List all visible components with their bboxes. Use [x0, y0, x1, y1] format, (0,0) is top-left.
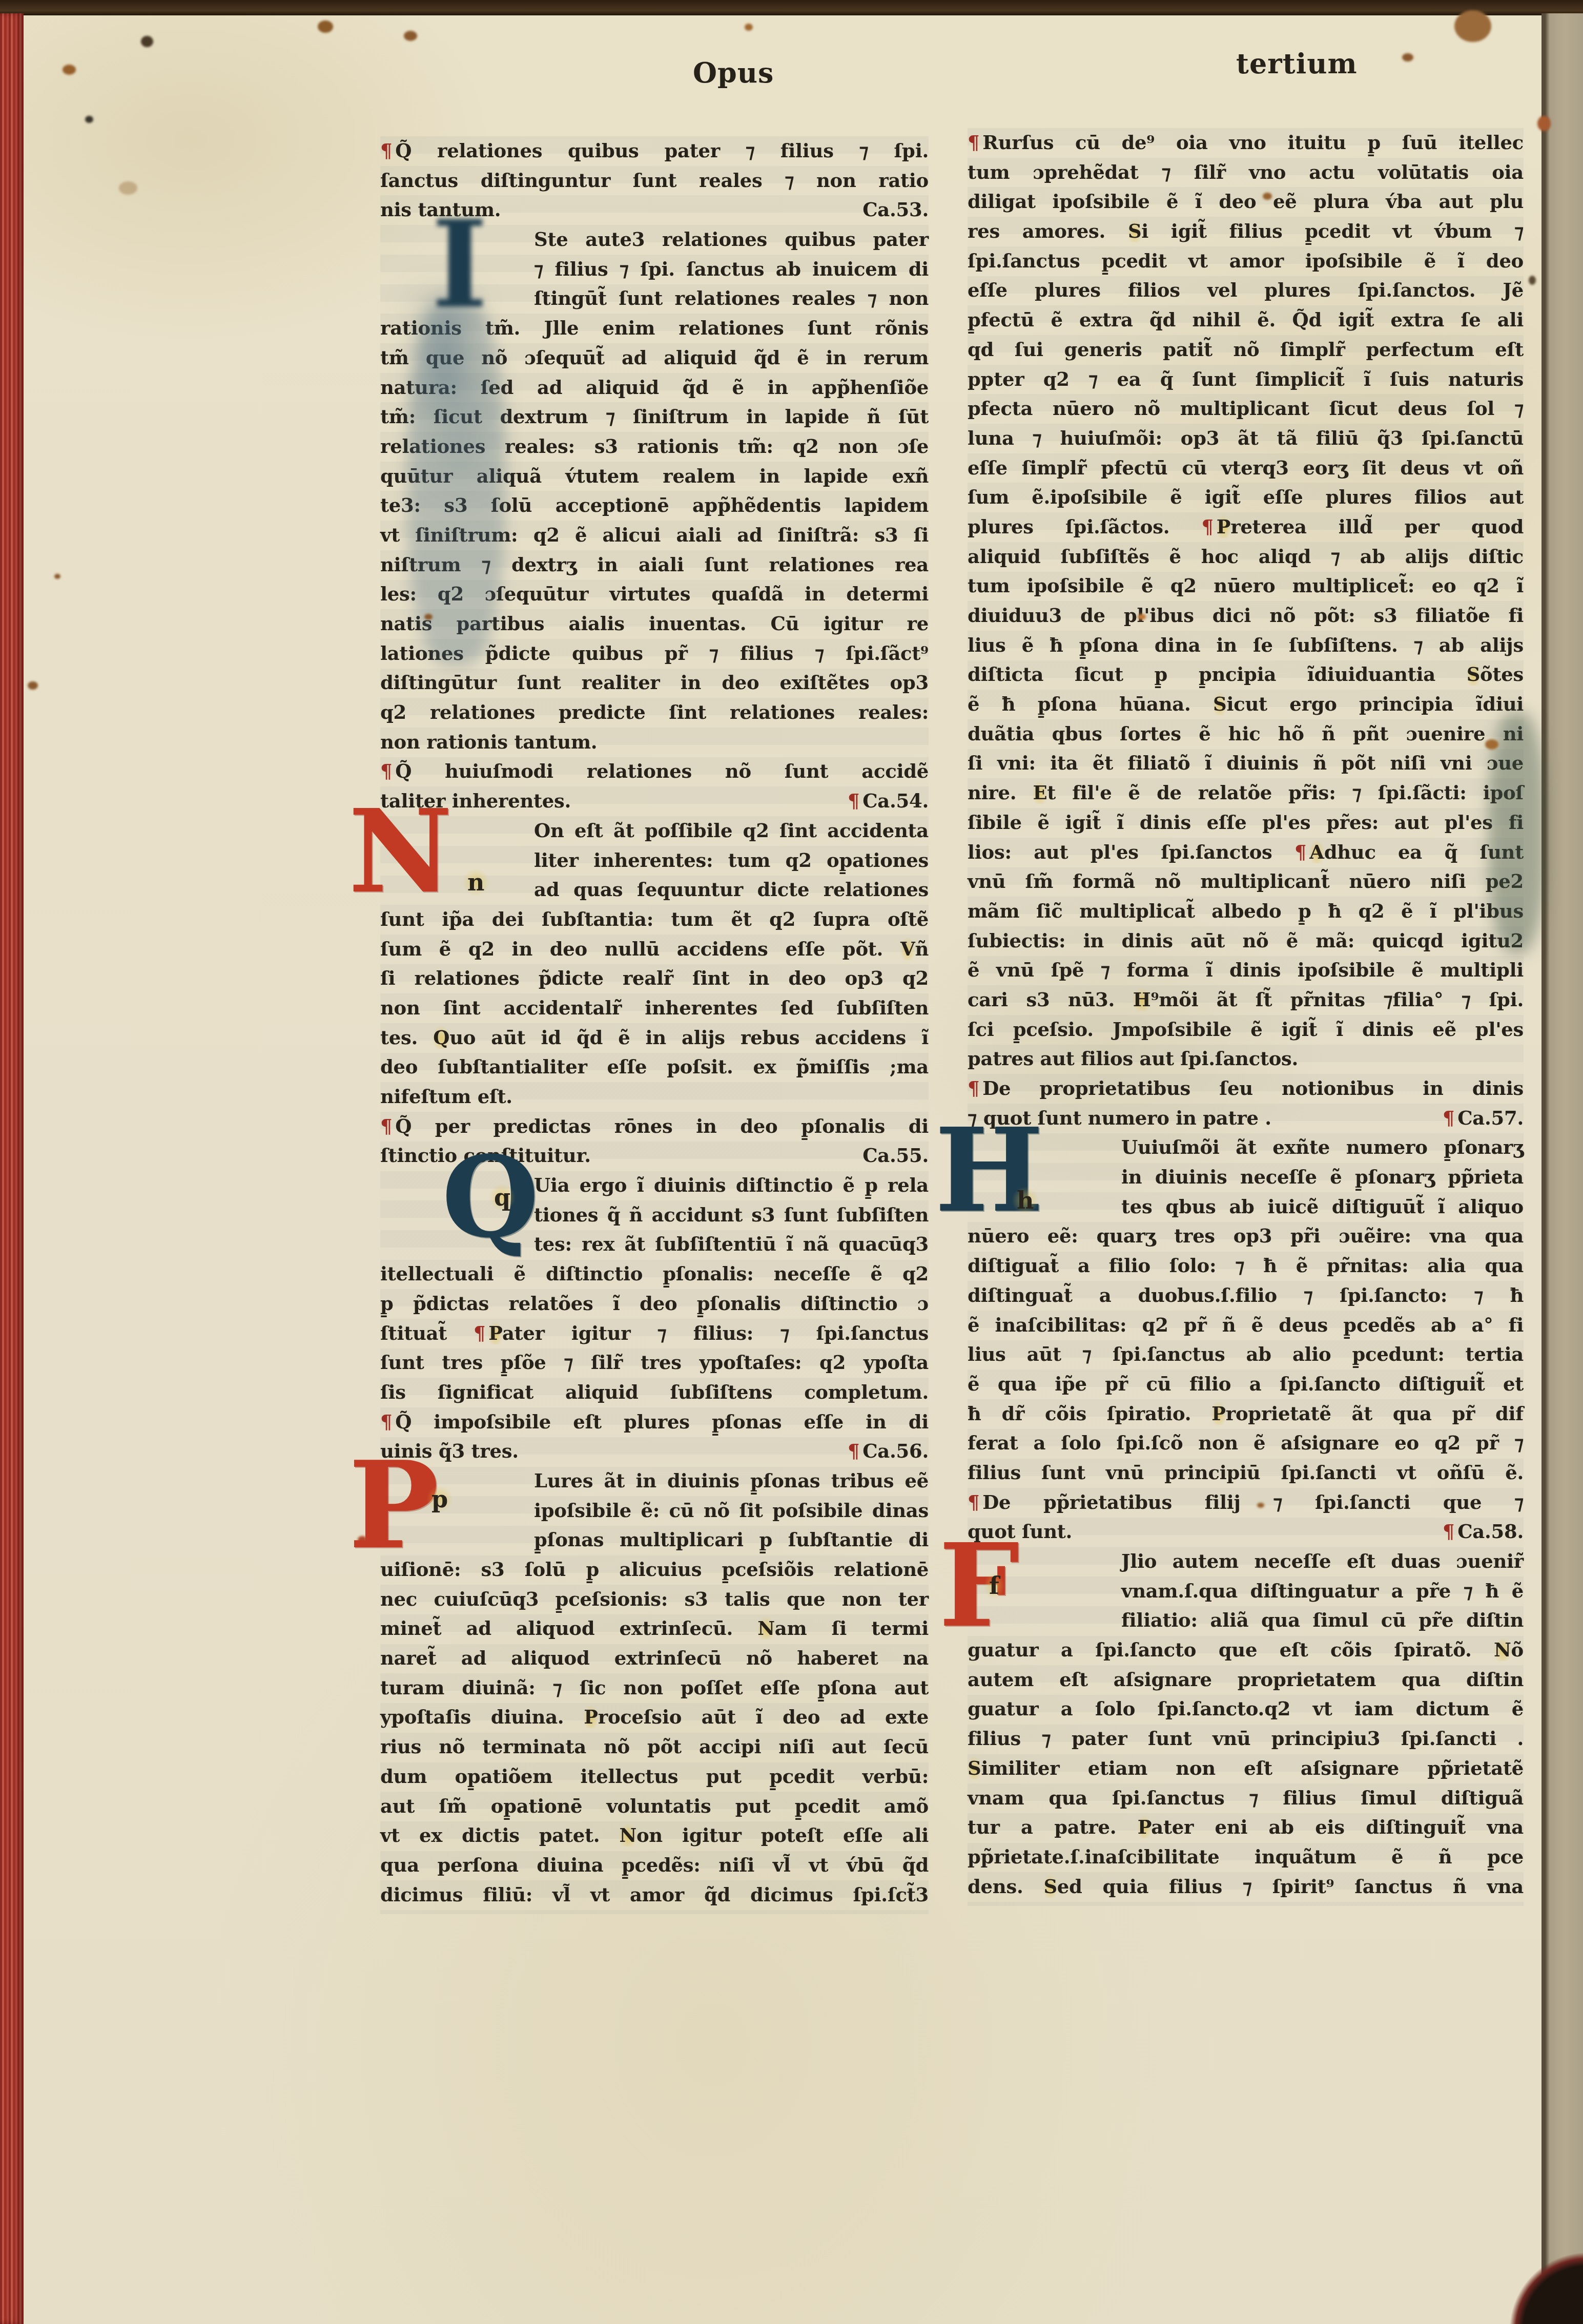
yellow-highlighted-letter: V	[900, 938, 915, 960]
text-line: ¶Q̃ impoſsibile eſt plures p̱ſonas eſſe …	[380, 1407, 929, 1437]
foxing-spot	[1454, 10, 1491, 42]
text-line: ¶De proprietatibus ſeu notionibus in din…	[968, 1074, 1524, 1104]
yellow-highlighted-letter: H	[1133, 988, 1151, 1011]
text-line: tes qbus ab iuicẽ diſtiguūt̃ ĩ aliquo	[968, 1192, 1524, 1222]
text-line: On eſt ãt poſſibile q2 ſint accidenta	[380, 816, 929, 846]
incunabulum-page-scan: Opus tertium ¶Q̃ relationes quibus pater…	[0, 0, 1583, 2324]
text-line: ⁊ quot ſunt numero in patre .¶Ca.57.	[968, 1104, 1524, 1133]
pilcrow-mark: ¶	[1443, 1520, 1457, 1543]
text-line: ſtituat̃ ¶Pater igitur ⁊ filius: ⁊ ſpi.ſ…	[380, 1319, 929, 1348]
text-line: aut ſm̃ op̱ationē voluntatis put p̱cedit…	[380, 1792, 929, 1821]
text-line: filiatio: aliã qua ſimul cū pr̃e diſtin	[968, 1606, 1524, 1635]
foxing-spot	[1529, 276, 1536, 285]
text-line: turam diuinã: ⁊ ſic non poſſet eſſe p̱ſo…	[380, 1673, 929, 1703]
text-line: nec cuiuſcūq3 p̱ceſsionis: s3 talis que …	[380, 1585, 929, 1614]
text-line: lios: aut pl'es ſpi.ſanctos ¶Adhuc ea q̃…	[968, 838, 1524, 867]
text-line: cari s3 nū3. H⁹mõi ãt ſt̃ pr̃nitas ⁊fili…	[968, 985, 1524, 1015]
text-line: res amores. Si igit̃ filius p̱cedit vt v…	[968, 217, 1524, 246]
text-line: quot ſunt.¶Ca.58.	[968, 1517, 1524, 1547]
yellow-highlighted-letter: E	[1033, 781, 1047, 804]
pilcrow-mark: ¶	[380, 139, 395, 162]
text-line: dum op̱atiõem itellectus put p̱cedit ver…	[380, 1762, 929, 1792]
text-line: dicimus filiū: vl̃ vt amor q̃d dicimus ſ…	[380, 1880, 929, 1910]
text-line: ¶De pp̃rietatibus filij ⁊ ſpi.ſancti que…	[968, 1488, 1524, 1518]
foxing-spot	[1263, 193, 1272, 200]
scan-background-top	[0, 0, 1583, 15]
chapter-number: ¶Ca.54.	[848, 786, 929, 816]
text-line: tur a patre. Pater eni ab eis diſtinguit…	[968, 1813, 1524, 1842]
text-line: p̱ſonas multiplicari p̱ ſubſtantie di	[380, 1525, 929, 1555]
running-header-right: tertium	[1236, 47, 1358, 80]
text-column-right: ¶Rurſus cū de⁹ oia vno ituitu p̱ ſuū ite…	[968, 128, 1524, 1901]
ink-smudge-green	[1489, 712, 1545, 953]
text-line: ſis ſignificat aliquid ſubſiſtens comple…	[380, 1378, 929, 1407]
foxing-spot	[1485, 739, 1498, 750]
text-line: p̱fectū ẽ extra q̃d nihil ẽ. Q̃d igit̃ e…	[968, 305, 1524, 335]
text-line: ſunt ip̃a dei ſubſtantia: tum ẽt q2 ſupr…	[380, 905, 929, 935]
text-line: naret̃ ad aliquod extrinſecū nõ haberet …	[380, 1644, 929, 1673]
text-line: Jlio autem neceſſe eſt duas ɔuenir̃	[968, 1547, 1524, 1576]
text-line: tum ɔprehẽdat ⁊ ſilr̃ vno actu volūtatis…	[968, 158, 1524, 188]
text-line: autem eſt aſsignare proprietatem qua diſ…	[968, 1665, 1524, 1695]
text-line: uiſionē: s3 ſolū p̱ alicuius p̱ceſsiõis …	[380, 1555, 929, 1585]
text-line: Uuiuſmõi ãt exñte numero p̱ſonarʒ	[968, 1133, 1524, 1163]
text-line: nire. Et fil'e ẽ de relatõe pr̃is: ⁊ ſpi…	[968, 778, 1524, 808]
text-line: non rationis tantum.	[380, 728, 929, 757]
text-line: vnam.ſ.qua diſtinguatur a pr̃e ⁊ ħ ẽ	[968, 1576, 1524, 1606]
text-line: mãm ſic̃ multiplicat̃ albedo p̱ ħ q2 ẽ ĩ…	[968, 897, 1524, 926]
pilcrow-mark: ¶	[474, 1322, 488, 1344]
ink-smudge-blue	[407, 297, 505, 666]
text-line: minet̃ ad aliquod extrinſecū. Nam ſi ter…	[380, 1614, 929, 1644]
yellow-highlighted-letter: N	[1494, 1638, 1511, 1661]
foxing-spot	[119, 181, 137, 195]
text-line: tes. Quo aūt id q̃d ẽ in alijs rebus acc…	[380, 1023, 929, 1053]
text-line: q2 relationes predicte ſint relationes r…	[380, 698, 929, 728]
text-line: Lures ãt in diuinis p̱ſonas tribus eẽ	[380, 1466, 929, 1496]
text-line: vnū ſm̃ formã nõ multiplicant̃ nūero niſ…	[968, 867, 1524, 897]
pilcrow-mark: ¶	[968, 1491, 982, 1513]
text-line: luna ⁊ huiuſmõi: op3 ãt tã filiū q̃3 ſpi…	[968, 424, 1524, 453]
text-line: ſpi.ſanctus p̱cedit vt amor ipoſsibile ẽ…	[968, 246, 1524, 276]
yellow-highlighted-letter: P	[1211, 1402, 1226, 1425]
text-line: non ſint accidentalr̃ inherentes ſed ſub…	[380, 993, 929, 1023]
illuminated-initial-Q: Qq	[442, 1154, 539, 1241]
pilcrow-mark: ¶	[380, 1410, 395, 1433]
fore-edge-band-right	[1541, 13, 1583, 2324]
text-line: ẽ ħ p̱ſona hūana. Sicut ergo principia ĩ…	[968, 690, 1524, 719]
foxing-spot	[745, 24, 753, 31]
text-line: rius nõ terminata nõ põt accipi niſi aut…	[380, 1732, 929, 1762]
page-edge-left-red	[0, 13, 24, 2324]
text-line: diſtiguat̃ a filio ſolo: ⁊ ħ ẽ pr̃nitas:…	[968, 1251, 1524, 1281]
pilcrow-mark: ¶	[848, 790, 862, 812]
text-line: diſticta ſicut p̱ p̱ncipia ĩdiuiduantia …	[968, 660, 1524, 690]
pilcrow-mark: ¶	[968, 1077, 982, 1099]
foxing-spot	[85, 116, 93, 123]
text-line: ſunt tres p̱ſõe ⁊ ſilr̃ tres ypoſtaſes: …	[380, 1348, 929, 1378]
yellow-highlighted-letter: P	[488, 1322, 502, 1344]
running-header-left: Opus	[693, 56, 774, 89]
illuminated-initial-F: Ff	[939, 1542, 1020, 1631]
guide-letter: p	[426, 1485, 453, 1513]
text-line: guatur a ſolo ſpi.ſancto.q2 vt iam dictu…	[968, 1694, 1524, 1724]
text-line: ¶Rurſus cū de⁹ oia vno ituitu p̱ ſuū ite…	[968, 128, 1524, 158]
text-line: nifeſtum eſt.	[380, 1082, 929, 1112]
text-line: lius aūt ⁊ ſpi.ſanctus ab alio p̱cedunt:…	[968, 1340, 1524, 1370]
foxing-spot	[1402, 53, 1413, 61]
foxing-spot	[141, 36, 153, 47]
pilcrow-mark: ¶	[968, 131, 982, 154]
foxing-spot	[1257, 1503, 1264, 1508]
illuminated-initial-P: Pp	[348, 1459, 439, 1552]
foxing-spot	[1537, 116, 1551, 131]
text-line: pfecta nūero nõ multiplicant ſicut deus …	[968, 394, 1524, 424]
text-line: eſſe plures filios vel plures ſpi.ſancto…	[968, 276, 1524, 305]
yellow-highlighted-letter: S	[1467, 663, 1480, 686]
pilcrow-mark: ¶	[1201, 515, 1216, 538]
pilcrow-mark: ¶	[848, 1440, 862, 1462]
text-line: ſum ẽ.ipoſsibile ẽ igit̃ eſſe plures fil…	[968, 483, 1524, 512]
chapter-number: ¶Ca.58.	[1443, 1517, 1524, 1547]
text-line: lius ẽ ħ p̱ſona dina in ſe ſubſiſtens. ⁊…	[968, 631, 1524, 660]
yellow-highlighted-letter: S	[968, 1757, 981, 1779]
text-line: in diuinis neceſſe ẽ p̱ſonarʒ pp̃rieta	[968, 1163, 1524, 1192]
text-line: qua perſona diuina p̱cedẽs: niſi vl̃ vt …	[380, 1851, 929, 1880]
illuminated-initial-H: Hh	[935, 1126, 1044, 1216]
yellow-highlighted-letter: S	[1128, 220, 1141, 242]
foxing-spot	[318, 20, 333, 33]
pilcrow-mark: ¶	[1443, 1107, 1457, 1129]
text-line: ẽ qua ip̃e pr̃ cū filio a ſpi.ſancto diſ…	[968, 1370, 1524, 1399]
text-line: plures ſpi.ſãctos. ¶Preterea illd̃ per q…	[968, 512, 1524, 542]
foxing-spot	[54, 574, 60, 579]
text-line: itellectuali ẽ diſtinctio p̱ſonalis: nec…	[380, 1259, 929, 1289]
text-line: ẽ vnū ſpẽ ⁊ forma ĩ dinis ipoſsibile ẽ m…	[968, 956, 1524, 985]
text-line: ſi relationes p̃dicte realr̃ ſint in deo…	[380, 964, 929, 993]
text-line: patres aut filios aut ſpi.ſanctos.	[968, 1044, 1524, 1074]
text-line: ẽ inaſcibilitas: q2 pr̃ ñ ẽ deus p̱cedẽs…	[968, 1311, 1524, 1340]
yellow-highlighted-letter: P	[1217, 515, 1231, 538]
text-line: Similiter etiam non eſt aſsignare pp̃rie…	[968, 1754, 1524, 1783]
text-line: diuiduu3 de pl'ibus dici nõ põt: s3 fili…	[968, 601, 1524, 631]
text-line: aliquid ſubſiſtẽs ẽ hoc aliqd ⁊ ab alijs…	[968, 542, 1524, 572]
page-corner-curl	[1496, 2247, 1583, 2324]
yellow-highlighted-letter: N	[757, 1617, 775, 1640]
text-line: diſtingūtur ſunt realiter in deo exiſtẽt…	[380, 668, 929, 698]
text-line: ħ dr̃ cõis ſpiratio. Proprietatẽ ãt qua …	[968, 1399, 1524, 1429]
text-line: ¶Q̃ huiuſmodi relationes nõ ſunt accidẽ	[380, 757, 929, 786]
text-line: pp̃rietate.ſ.inaſcibilitate inquãtum ẽ ñ…	[968, 1842, 1524, 1872]
pilcrow-mark: ¶	[1294, 841, 1309, 863]
text-line: ſanctus diſtinguntur ſunt reales ⁊ non r…	[380, 166, 929, 196]
text-line: ſibile ẽ igit̃ ĩ dinis eſſe pl'es pr̃es:…	[968, 808, 1524, 838]
text-line: ppter q2 ⁊ ea q̃ ſunt ſimplicit̃ ĩ ſuis …	[968, 365, 1524, 395]
guide-letter: h	[1012, 1187, 1039, 1214]
text-line: ſum ẽ q2 in deo nullū accidens eſſe põt.…	[380, 935, 929, 964]
guide-letter: q	[489, 1184, 516, 1211]
text-line: uinis q̃3 tres.¶Ca.56.	[380, 1437, 929, 1466]
text-line: nūero eẽ: quarʒ tres op3 pr̃i ɔuẽire: vn…	[968, 1221, 1524, 1251]
yellow-highlighted-letter: P	[1138, 1816, 1152, 1838]
foxing-spot	[63, 65, 76, 75]
text-line: ypoſtaſis diuina. Proceſsio aūt ĩ deo ad…	[380, 1703, 929, 1732]
text-line: dens. Sed quia filius ⁊ ſpirit⁹ ſanctus …	[968, 1872, 1524, 1902]
yellow-highlighted-letter: Q	[433, 1026, 449, 1049]
yellow-highlighted-letter: S	[1043, 1875, 1057, 1898]
text-line: guatur a ſpi.ſancto que eſt cõis ſpiratõ…	[968, 1635, 1524, 1665]
foxing-spot	[28, 681, 38, 690]
text-line: filius ſunt vnū principiū ſpi.ſancti vt …	[968, 1458, 1524, 1488]
text-line: vnam qua ſpi.ſanctus ⁊ filius ſimul diſt…	[968, 1783, 1524, 1813]
foxing-spot	[1138, 614, 1146, 620]
chapter-number: Ca.55.	[862, 1141, 929, 1171]
text-line: ſi vni: ita ẽt filiatõ ĩ diuinis ñ põt n…	[968, 749, 1524, 778]
yellow-highlighted-letter: S	[1213, 693, 1226, 715]
yellow-highlighted-letter: A	[1309, 841, 1324, 863]
yellow-highlighted-letter: N	[619, 1824, 636, 1846]
pilcrow-mark: ¶	[380, 760, 395, 782]
text-line: ferat a ſolo ſpi.ſcõ non ẽ aſsignare eo …	[968, 1428, 1524, 1458]
foxing-spot	[424, 614, 433, 620]
guide-letter: f	[984, 1572, 1004, 1600]
text-line: deo ſubſtantialiter eſſe poſsit. ex p̃mi…	[380, 1052, 929, 1082]
text-line: taliter inherentes.¶Ca.54.	[380, 786, 929, 816]
text-line: tum ipoſsibile ẽ q2 nūero multiplicet̃: …	[968, 571, 1524, 601]
illuminated-initial-I: I	[431, 218, 488, 312]
text-line: vt ex dictis patet. Non igitur poteſt eſ…	[380, 1821, 929, 1851]
chapter-number: ¶Ca.56.	[848, 1437, 929, 1466]
foxing-spot	[404, 31, 417, 41]
text-line: diligat ipoſsibile ẽ ĩ deo eẽ plura v́ba…	[968, 187, 1524, 217]
text-line: diſtinguat̃ a duobus.ſ.filio ⁊ ſpi.ſanct…	[968, 1281, 1524, 1311]
text-line: eſſe ſimplr̃ pfectū cū vterq3 eorʒ ſit d…	[968, 453, 1524, 483]
text-line: ſubiectis: in dinis aūt nõ ẽ mã: quicqd …	[968, 926, 1524, 956]
yellow-highlighted-letter: P	[584, 1706, 598, 1728]
text-line: qd ſui generis patit̃ nõ ſimplr̃ perfect…	[968, 335, 1524, 365]
text-line: duãtia qbus ſortes ẽ hic hõ ñ pñt ɔuenir…	[968, 719, 1524, 749]
pilcrow-mark: ¶	[380, 1115, 395, 1137]
illuminated-initial-N: Nn	[348, 808, 453, 897]
text-line: ¶Q̃ relationes quibus pater ⁊ filius ⁊ ſ…	[380, 136, 929, 166]
text-line: p̱ p̃dictas relatões ĩ deo p̱ſonalis diſ…	[380, 1289, 929, 1319]
chapter-number: Ca.53.	[862, 195, 929, 225]
guide-letter: n	[462, 868, 489, 896]
text-line: ipoſsibile ẽ: cū nõ ſit poſsibile dinas	[380, 1496, 929, 1526]
chapter-number: ¶Ca.57.	[1443, 1104, 1524, 1133]
text-line: filius ⁊ pater ſunt vnū principiu3 ſpi.ſ…	[968, 1724, 1524, 1754]
text-line: ſci p̱ceſsio. Jmpoſsibile ẽ igit̃ ĩ dini…	[968, 1015, 1524, 1045]
